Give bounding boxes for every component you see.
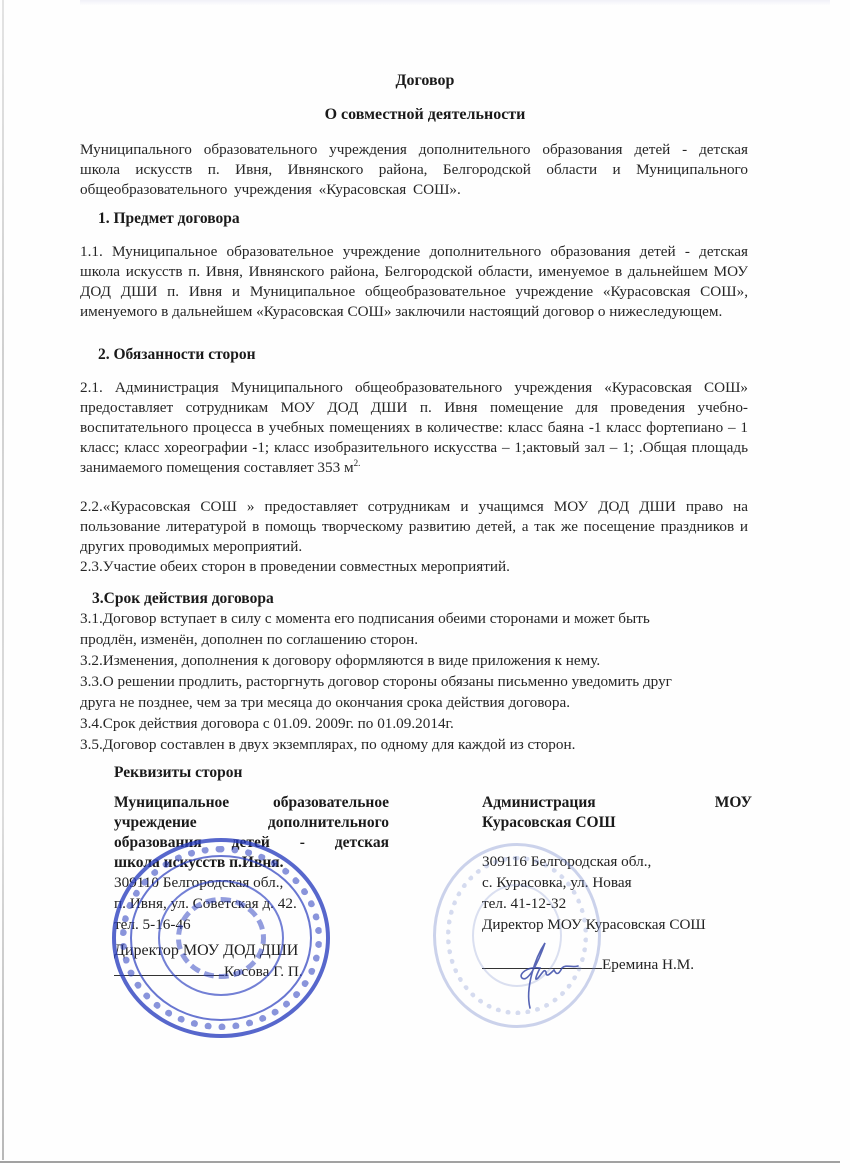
clause-3-1-line-2: продлён, изменён, дополнен по соглашению… [80,630,418,650]
clause-2-1: 2.1. Администрация Муниципального общеоб… [80,378,748,478]
scan-edge-bottom [0,1161,840,1163]
clause-3-5: 3.5.Договор составлен в двух экземплярах… [80,735,575,755]
section-2-heading: 2. Обязанности сторон [98,346,256,364]
right-party-address-line-1: 309116 Белгородская обл., [482,852,651,873]
right-signature-line [482,968,602,969]
clause-3-1-line-1: 3.1.Договор вступает в силу с момента ег… [80,609,650,629]
right-party-title: Администрация МОУ Курасовская СОШ [482,793,752,833]
right-party-title-line-1: Администрация МОУ [482,793,752,813]
left-party-signature-row: Косова Г. П. [114,962,303,983]
right-party-title-line-2: Курасовская СОШ [482,813,752,833]
area-unit-superscript: 2. [354,458,361,468]
clause-2-3: 2.3.Участие обеих сторон в проведении со… [80,557,748,577]
preamble: Муниципального образовательного учрежден… [80,140,748,200]
left-party-address-line-2: п. Ивня, ул. Советская д. 42. [114,894,297,915]
document-title: Договор [0,72,850,90]
right-party-signature-row: Еремина Н.М. [482,955,694,976]
clause-3-2: 3.2.Изменения, дополнения к договору офо… [80,651,600,671]
right-party-signatory: Еремина Н.М. [602,956,694,973]
left-party-title-line: Муниципальное образовательное [114,793,389,813]
clause-2-1-text: 2.1. Администрация Муниципального общеоб… [80,379,748,476]
handwritten-signature-icon [500,938,580,1018]
left-party-address-line-1: 309110 Белгородская обл., [114,873,283,894]
clause-3-3-line-1: 3.3.О решении продлить, расторгнуть дого… [80,672,672,692]
clause-1-1: 1.1. Муниципальное образовательное учреж… [80,242,748,322]
left-party-title: Муниципальное образовательное учреждение… [114,793,389,873]
left-signature-line [114,975,224,976]
right-party-director: Директор МОУ Курасовская СОШ [482,915,706,936]
left-party-title-line: образования детей - детская [114,833,389,853]
right-party-address-line-2: с. Курасовка, ул. Новая [482,873,632,894]
right-party-title-word-1: Администрация [482,793,596,813]
section-3-heading: 3.Срок действия договора [92,590,274,608]
document-subtitle: О совместной деятельности [0,106,850,124]
left-party-director: Директор МОУ ДОД ДШИ [114,941,298,962]
requisites-heading: Реквизиты сторон [114,764,242,782]
right-party-phone: тел. 41-12-32 [482,894,566,915]
left-party-title-line: учреждение дополнительного [114,813,389,833]
scan-edge-top [80,0,830,6]
left-party-phone: тел. 5-16-46 [114,915,191,936]
left-party-signatory: Косова Г. П. [224,963,303,980]
right-party-title-word-2: МОУ [715,793,752,813]
scan-edge-left [2,0,4,1160]
clause-3-3-line-2: друга не позднее, чем за три месяца до о… [80,693,570,713]
document-page: Договор О совместной деятельности Муници… [0,0,850,1170]
left-party-title-line: школа искусств п.Ивня. [114,853,389,873]
section-1-heading: 1. Предмет договора [98,210,240,228]
clause-3-4: 3.4.Срок действия договора с 01.09. 2009… [80,714,454,734]
clause-2-2: 2.2.«Курасовская СОШ » предоставляет сот… [80,497,748,557]
